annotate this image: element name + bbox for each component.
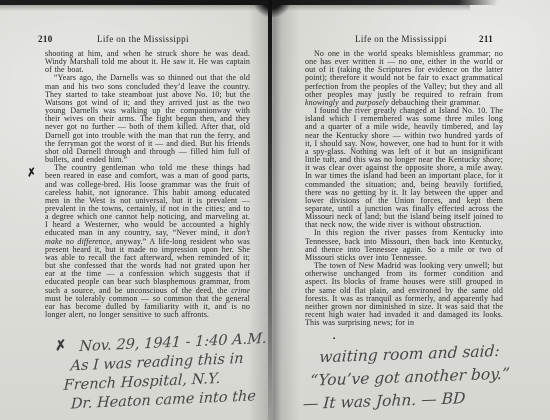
text-segment: The country gentleman who told me these … [45, 163, 250, 237]
text-segment: anyway.” A life-long resident who was pr… [45, 237, 250, 295]
handwritten-note-right: waiting room and said: “You’ve got anoth… [316, 340, 511, 416]
text-segment: No one in the world speaks blemishless g… [305, 49, 503, 99]
paragraph: “Years ago, the Darnells was so thinned … [45, 74, 250, 164]
right-page-number: 211 [479, 34, 493, 44]
paragraph: The country gentleman who told me these … [45, 164, 250, 319]
footnote-mark: ▪ [333, 336, 335, 342]
text-segment: must be tolerably common — so common tha… [45, 294, 250, 319]
paragraph: The town of New Madrid was looking very … [305, 262, 503, 327]
paragraph: No one in the world speaks blemishless g… [305, 50, 503, 107]
right-page-body: No one in the world speaks blemishless g… [305, 50, 503, 327]
text-segment: I found the river greatly changed at Isl… [305, 106, 503, 229]
left-running-title: Life on the Mississippi [97, 34, 189, 44]
left-page-body: shooting at him, and when he struck shor… [45, 50, 250, 319]
text-segment: “Years ago, the Darnells was so thinned … [45, 73, 250, 164]
margin-x-mark: ✗ [26, 165, 37, 179]
paragraph: In this region the river passes from Ken… [305, 229, 503, 262]
left-page-number: 210 [38, 34, 53, 44]
text-segment: In this region the river passes from Ken… [305, 228, 503, 261]
book-gutter-line [268, 0, 272, 420]
paragraph: I found the river greatly changed at Isl… [305, 107, 503, 229]
scan-top-edge-shadow [0, 5, 470, 11]
text-segment: The town of New Madrid was looking very … [305, 261, 503, 327]
book-scan-photo: 210 Life on the Mississippi ✗ shooting a… [0, 0, 550, 420]
handwritten-x-mark: ✗ [54, 337, 67, 355]
text-segment: shooting at him, and when he struck shor… [45, 49, 250, 74]
handwritten-note-left: Nov. 29, 1941 - 1:40 A.M. As I was readi… [76, 330, 267, 414]
right-running-title: Life on the Mississippi [355, 34, 447, 44]
paragraph: shooting at him, and when he struck shor… [45, 50, 250, 74]
